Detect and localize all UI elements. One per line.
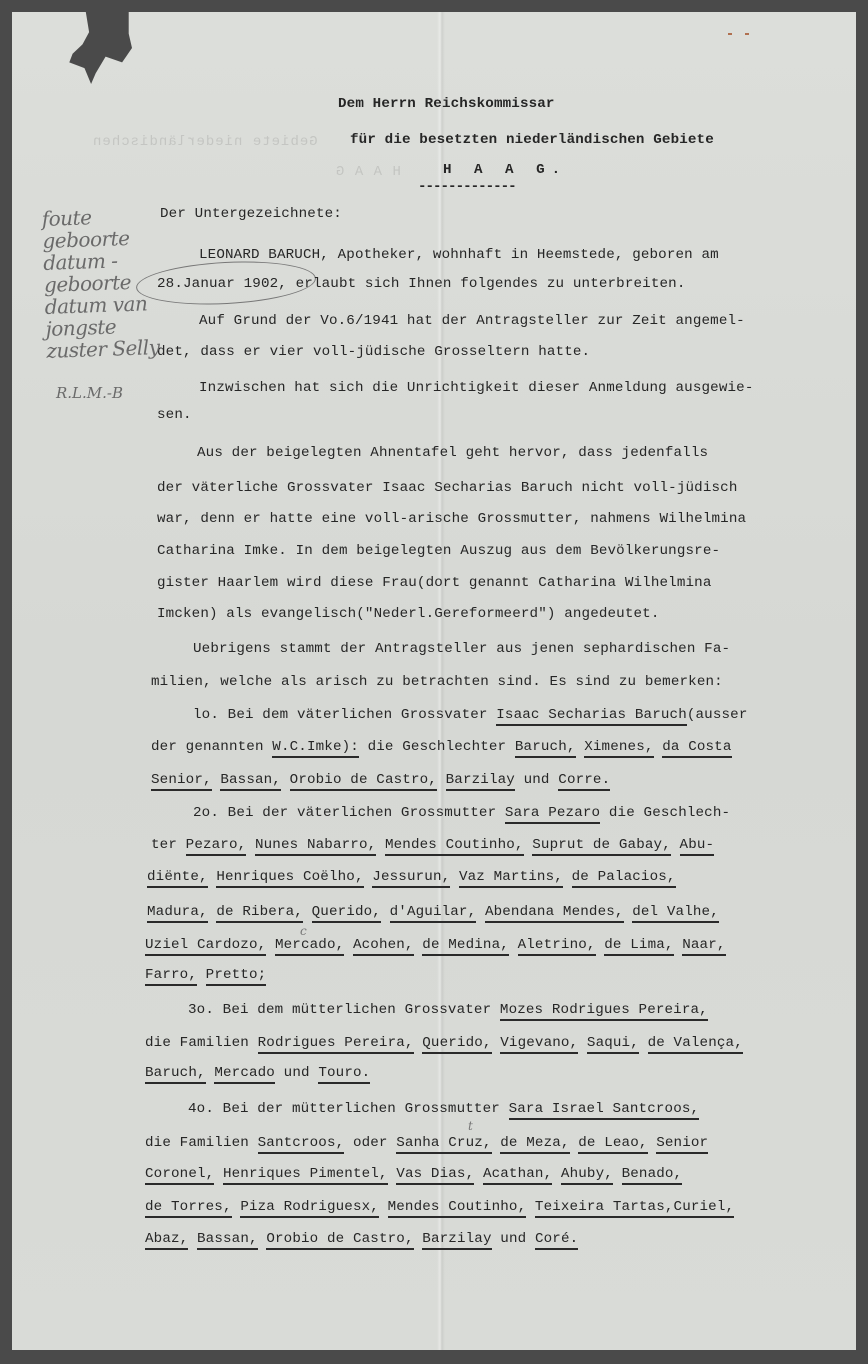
- item-3-line-2: die Familien Rodrigues Pereira, Querido,…: [145, 1036, 743, 1050]
- body-line: 28.Januar 1902, erlaubt sich Ihnen folge…: [157, 277, 686, 291]
- body-line: der väterliche Grossvater Isaac Secharia…: [157, 481, 737, 495]
- addressee-line-1: Dem Herrn Reichskommissar: [338, 97, 555, 111]
- item-2-line-6: Farro, Pretto;: [145, 968, 266, 982]
- paper-speck: [728, 33, 732, 35]
- bleed-through-text: Gebiete niederländischen: [92, 134, 318, 150]
- addressee-city: H A A G.: [443, 163, 567, 177]
- body-line: sen.: [157, 408, 192, 422]
- item-1-line-3: Senior, Bassan, Orobio de Castro, Barzil…: [151, 773, 610, 787]
- item-2-line-4: Madura, de Ribera, Querido, d'Aguilar, A…: [147, 905, 719, 919]
- note-line: zuster Selly: [46, 336, 160, 362]
- handwritten-margin-note: foute geboorte datum - geboorte datum va…: [41, 204, 159, 362]
- item-3-line-1: 3o. Bei dem mütterlichen Grossvater Moze…: [188, 1003, 708, 1017]
- body-line: Catharina Imke. In dem beigelegten Auszu…: [157, 544, 720, 558]
- salutation: Der Untergezeichnete:: [160, 207, 342, 221]
- body-line: milien, welche als arisch zu betrachten …: [151, 675, 723, 689]
- item-1-line-1: lo. Bei dem väterlichen Grossvater Isaac…: [193, 708, 748, 722]
- item-2-line-3: diënte, Henriques Coëlho, Jessurun, Vaz …: [147, 870, 676, 884]
- addressee-line-2: für die besetzten niederländischen Gebie…: [350, 133, 714, 147]
- body-line: LEONARD BARUCH, Apotheker, wohnhaft in H…: [199, 248, 719, 262]
- body-line: det, dass er vier voll-jüdische Grosselt…: [157, 345, 590, 359]
- body-line: Aus der beigelegten Ahnentafel geht herv…: [197, 446, 708, 460]
- item-2-line-1: 2o. Bei der väterlichen Grossmutter Sara…: [193, 806, 730, 820]
- bleed-through-text: H A A G: [335, 164, 401, 180]
- handwritten-initials: R.L.M.-B: [56, 384, 123, 402]
- body-line: Uebrigens stammt der Antragsteller aus j…: [193, 642, 730, 656]
- item-1-line-2: der genannten W.C.Imke): die Geschlechte…: [151, 740, 732, 754]
- item-4-line-5: Abaz, Bassan, Orobio de Castro, Barzilay…: [145, 1232, 578, 1246]
- handwritten-correction: t: [468, 1119, 473, 1133]
- paper-speck: [745, 33, 749, 35]
- item-2-line-5: Uziel Cardozo, Mercado, Acohen, de Medin…: [145, 938, 726, 952]
- item-2-line-2: ter Pezaro, Nunes Nabarro, Mendes Coutin…: [151, 838, 714, 852]
- handwritten-correction: c: [300, 924, 307, 938]
- body-line: war, denn er hatte eine voll-arische Gro…: [157, 512, 746, 526]
- addressee-rule: -------------: [418, 180, 516, 194]
- item-4-line-3: Coronel, Henriques Pimentel, Vas Dias, A…: [145, 1167, 682, 1181]
- body-line: gister Haarlem wird diese Frau(dort gena…: [157, 576, 712, 590]
- item-4-line-1: 4o. Bei der mütterlichen Grossmutter Sar…: [188, 1102, 699, 1116]
- item-4-line-4: de Torres, Piza Rodriguesx, Mendes Couti…: [145, 1200, 734, 1214]
- item-4-line-2: die Familien Santcroos, oder Sanha Cruz,…: [145, 1136, 708, 1150]
- body-line: Inzwischen hat sich die Unrichtigkeit di…: [199, 381, 754, 395]
- body-line: Imcken) als evangelisch("Nederl.Gereform…: [157, 607, 660, 621]
- body-line: Auf Grund der Vo.6/1941 hat der Antragst…: [199, 314, 745, 328]
- item-3-line-3: Baruch, Mercado und Touro.: [145, 1066, 370, 1080]
